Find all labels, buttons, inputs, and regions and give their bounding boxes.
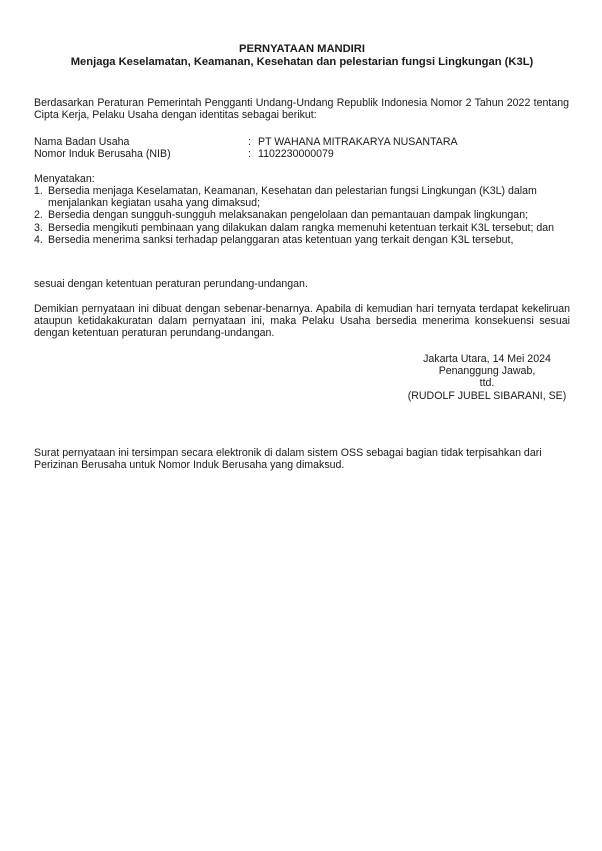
- identity-label: Nama Badan Usaha: [34, 136, 248, 148]
- identity-separator: :: [248, 136, 258, 148]
- nib-value: 1102230000079: [258, 148, 570, 160]
- signature-place-date: Jakarta Utara, 14 Mei 2024: [407, 353, 567, 365]
- footer-note: Surat pernyataan ini tersimpan secara el…: [34, 447, 570, 471]
- closing-line: sesuai dengan ketentuan peraturan perund…: [34, 278, 308, 290]
- declaration-text: Bersedia menjaga Keselamatan, Keamanan, …: [48, 185, 570, 209]
- declaration-number: 3.: [34, 222, 48, 234]
- signature-role: Penanggung Jawab,: [407, 365, 567, 377]
- declaration-text: Bersedia menerima sanksi terhadap pelang…: [48, 234, 570, 246]
- declaration-item: 4. Bersedia menerima sanksi terhadap pel…: [34, 234, 570, 246]
- signature-block: Jakarta Utara, 14 Mei 2024 Penanggung Ja…: [407, 353, 567, 402]
- identity-table: Nama Badan Usaha : PT WAHANA MITRAKARYA …: [34, 136, 570, 160]
- declaration-text: Bersedia mengikuti pembinaan yang dilaku…: [48, 222, 570, 234]
- statement-paragraph: Demikian pernyataan ini dibuat dengan se…: [34, 303, 570, 340]
- declarations-heading: Menyatakan:: [34, 173, 95, 185]
- document-subtitle: Menjaga Keselamatan, Keamanan, Kesehatan…: [34, 56, 570, 69]
- declarations-list: 1. Bersedia menjaga Keselamatan, Keamana…: [34, 185, 570, 246]
- identity-row-nib: Nomor Induk Berusaha (NIB) : 11022300000…: [34, 148, 570, 160]
- document-title: PERNYATAAN MANDIRI: [34, 43, 570, 56]
- declaration-number: 4.: [34, 234, 48, 246]
- company-name-value: PT WAHANA MITRAKARYA NUSANTARA: [258, 136, 570, 148]
- intro-paragraph: Berdasarkan Peraturan Pemerintah Penggan…: [34, 97, 569, 121]
- declaration-item: 2. Bersedia dengan sungguh-sungguh melak…: [34, 209, 570, 221]
- identity-label: Nomor Induk Berusaha (NIB): [34, 148, 248, 160]
- declaration-item: 1. Bersedia menjaga Keselamatan, Keamana…: [34, 185, 570, 209]
- signature-signed: ttd.: [407, 377, 567, 389]
- identity-separator: :: [248, 148, 258, 160]
- declaration-number: 2.: [34, 209, 48, 221]
- declaration-text: Bersedia dengan sungguh-sungguh melaksan…: [48, 209, 570, 221]
- identity-row-company-name: Nama Badan Usaha : PT WAHANA MITRAKARYA …: [34, 136, 570, 148]
- declaration-item: 3. Bersedia mengikuti pembinaan yang dil…: [34, 222, 570, 234]
- declaration-number: 1.: [34, 185, 48, 209]
- signatory-name: (RUDOLF JUBEL SIBARANI, SE): [407, 390, 567, 402]
